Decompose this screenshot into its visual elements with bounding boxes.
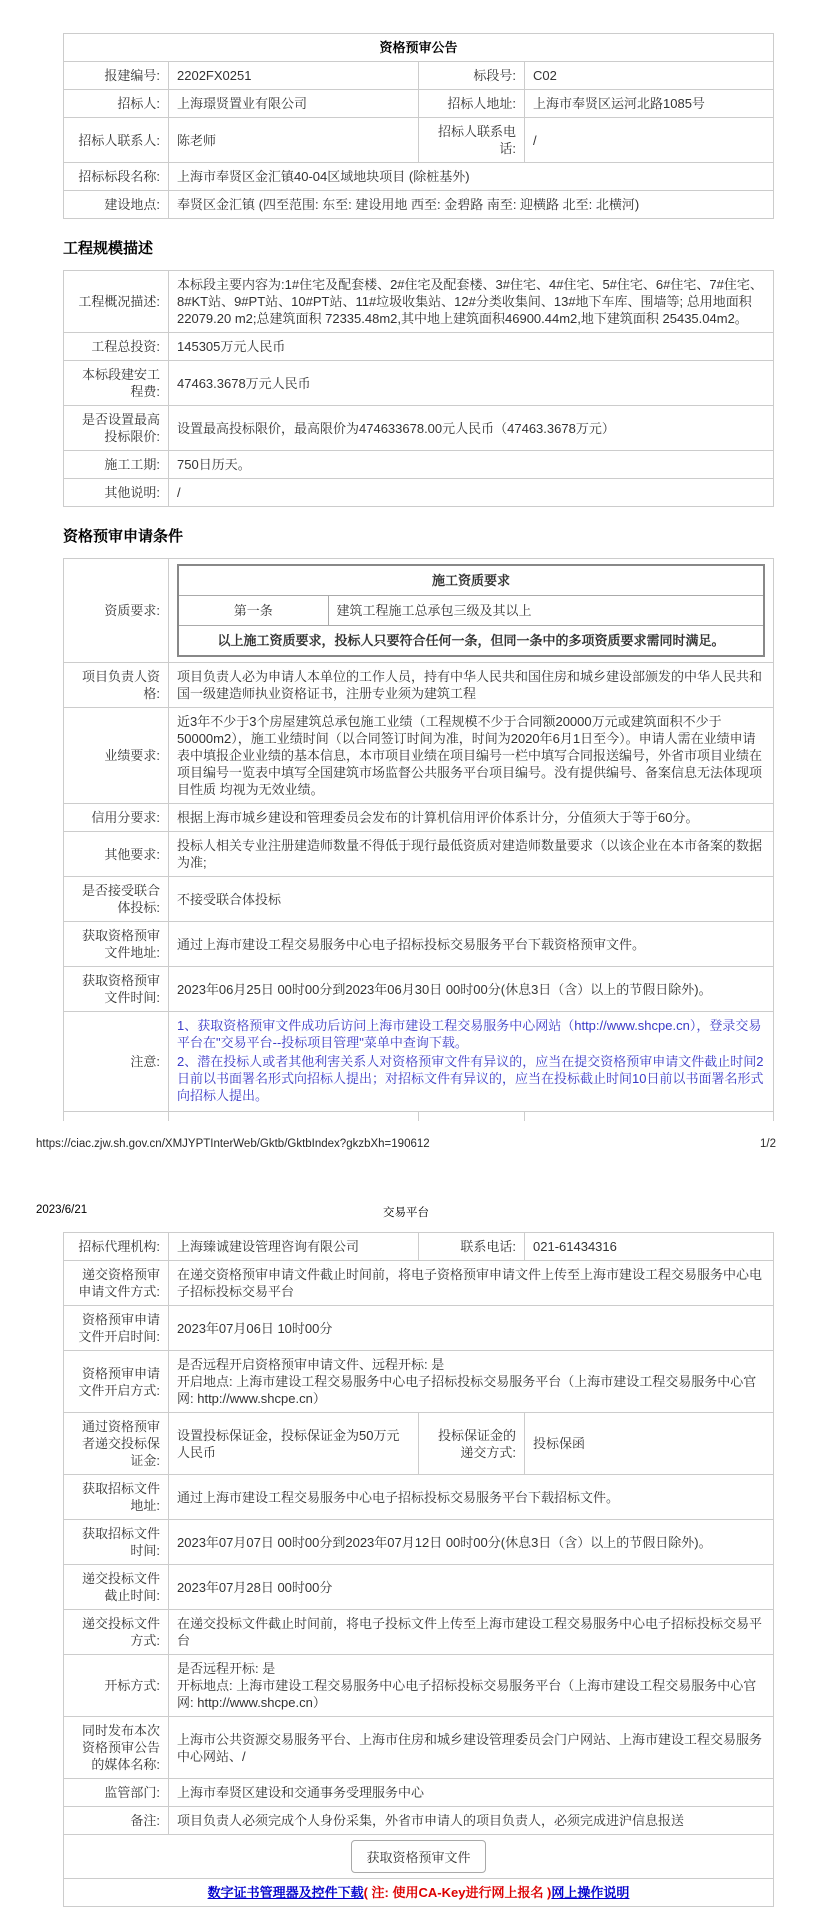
- field-label: 获取招标文件时间:: [64, 1520, 169, 1565]
- field-value: 投标人相关专业注册建造师数量不得低于现行最低资质对建造师数量要求（以该企业在本市…: [169, 832, 774, 877]
- get-prequalification-file-button[interactable]: 获取资格预审文件: [351, 1840, 485, 1873]
- field-label: 招标标段名称:: [64, 163, 169, 191]
- field-value: 近3年不少于3个房屋建筑总承包施工业绩（工程规模不少于合同额20000万元或建筑…: [169, 708, 774, 804]
- table-row: 同时发布本次资格预审公告的媒体名称: 上海市公共资源交易服务平台、上海市住房和城…: [64, 1717, 774, 1779]
- bidding-process-table: 招标代理机构: 上海臻诚建设管理咨询有限公司 联系电话: 021-6143431…: [63, 1232, 774, 1907]
- table-row: 资格预审申请文件开启时间: 2023年07月06日 10时00分: [64, 1306, 774, 1351]
- field-label: 递交资格预审申请文件方式:: [64, 1261, 169, 1306]
- prequalification-conditions-table: 资质要求: 施工资质要求 第一条 建筑工程施工总承包三级及其以上 以上施工资质要…: [63, 558, 774, 1122]
- section-title-prequalification-conditions: 资格预审申请条件: [63, 525, 776, 546]
- print-site-title: 交易平台: [383, 1207, 429, 1219]
- table-row: 递交投标文件方式: 在递交投标文件截止时间前，将电子投标文件上传至上海市建设工程…: [64, 1610, 774, 1655]
- field-label: 信用分要求:: [64, 804, 169, 832]
- field-label: 其他要求:: [64, 832, 169, 877]
- field-value: 通过上海市建设工程交易服务中心电子招标投标交易服务平台下载资格预审文件。: [169, 922, 774, 967]
- field-value: 上海市奉贤区建设和交通事务受理服务中心: [169, 1779, 774, 1807]
- field-label: 资格预审申请文件开启时间:: [64, 1306, 169, 1351]
- field-label: 递交投标文件方式:: [64, 1610, 169, 1655]
- field-label: 递交投标文件截止时间:: [64, 1565, 169, 1610]
- field-value: 不接受联合体投标: [169, 877, 774, 922]
- field-label: 招标人:: [64, 90, 169, 118]
- table-row: 招标代理机构: 上海臻诚建设管理咨询有限公司 联系电话: 021-6143431…: [64, 1233, 774, 1261]
- field-label: 资格预审申请文件开启方式:: [64, 1351, 169, 1413]
- table-row: 业绩要求: 近3年不少于3个房屋建筑总承包施工业绩（工程规模不少于合同额2000…: [64, 708, 774, 804]
- field-label: 开标方式:: [64, 1655, 169, 1717]
- field-value: /: [169, 479, 774, 507]
- field-value: 设置投标保证金，投标保证金为50万元人民币: [169, 1413, 419, 1475]
- qualification-table: 施工资质要求 第一条 建筑工程施工总承包三级及其以上 以上施工资质要求，投标人只…: [177, 564, 765, 657]
- field-value: 在递交投标文件截止时间前，将电子投标文件上传至上海市建设工程交易服务中心电子招标…: [169, 1610, 774, 1655]
- table-row: 通过资格预审者递交投标保证金: 设置投标保证金，投标保证金为50万元人民币 投标…: [64, 1413, 774, 1475]
- table-row: 获取招标文件时间: 2023年07月07日 00时00分到2023年07月12日…: [64, 1520, 774, 1565]
- print-page-footer: https://ciac.zjw.sh.gov.cn/XMJYPTInterWe…: [36, 1138, 776, 1150]
- button-cell: 获取资格预审文件: [64, 1835, 774, 1879]
- notice-line-1: 1、获取资格预审文件成功后访问上海市建设工程交易服务中心网站（http://ww…: [177, 1017, 765, 1051]
- ca-key-note: ( 注: 使用CA-Key进行网上报名 ): [364, 1885, 552, 1900]
- field-label: 业绩要求:: [64, 708, 169, 804]
- field-value: 是否远程开启资格预审申请文件、远程开标: 是 开启地点: 上海市建设工程交易服务…: [169, 1351, 774, 1413]
- field-value: 是否远程开标: 是 开标地点: 上海市建设工程交易服务中心电子招标投标交易服务平…: [169, 1655, 774, 1717]
- field-label: 工程概况描述:: [64, 271, 169, 333]
- field-value: 上海市奉贤区运河北路1085号: [525, 90, 774, 118]
- field-label: 监管部门:: [64, 1779, 169, 1807]
- cert-manager-download-link[interactable]: 数字证书管理器及控件下载: [208, 1885, 364, 1900]
- field-label: 本标段建安工程费:: [64, 361, 169, 406]
- field-value: 在递交资格预审申请文件截止时间前，将电子资格预审申请文件上传至上海市建设工程交易…: [169, 1261, 774, 1306]
- table-row: 其他说明: /: [64, 479, 774, 507]
- field-value: 2023年07月06日 10时00分: [169, 1306, 774, 1351]
- qualification-item-text: 建筑工程施工总承包三级及其以上: [328, 596, 764, 626]
- field-value: 021-61434316: [525, 1233, 774, 1261]
- field-value: 2023年07月28日 00时00分: [169, 1565, 774, 1610]
- qualification-header: 施工资质要求: [178, 565, 764, 596]
- print-date: 2023/6/21: [36, 1204, 87, 1216]
- field-label: 招标人联系电话:: [419, 118, 525, 163]
- links-cell: 数字证书管理器及控件下载( 注: 使用CA-Key进行网上报名 )网上操作说明: [64, 1879, 774, 1907]
- field-value: 上海臻诚建设管理咨询有限公司: [169, 1233, 419, 1261]
- field-value: C02: [525, 62, 774, 90]
- project-scale-table: 工程概况描述: 本标段主要内容为:1#住宅及配套楼、2#住宅及配套楼、3#住宅、…: [63, 270, 774, 507]
- table-row: 本标段建安工程费: 47463.3678万元人民币: [64, 361, 774, 406]
- table-row: 招标人联系人: 陈老师 招标人联系电话: /: [64, 118, 774, 163]
- field-label: 标段号:: [419, 62, 525, 90]
- field-label: 备注:: [64, 1807, 169, 1835]
- field-label: 注意:: [64, 1012, 169, 1112]
- table-row: 开标方式: 是否远程开标: 是 开标地点: 上海市建设工程交易服务中心电子招标投…: [64, 1655, 774, 1717]
- notice-row: 注意: 1、获取资格预审文件成功后访问上海市建设工程交易服务中心网站（http:…: [64, 1012, 774, 1112]
- field-value: 145305万元人民币: [169, 333, 774, 361]
- field-label: 获取资格预审文件时间:: [64, 967, 169, 1012]
- table-row: 是否设置最高投标限价: 设置最高投标限价，最高限价为474633678.00元人…: [64, 406, 774, 451]
- table-row: 递交资格预审申请文件方式: 在递交资格预审申请文件截止时间前，将电子资格预审申请…: [64, 1261, 774, 1306]
- field-label: 通过资格预审者递交投标保证金:: [64, 1413, 169, 1475]
- field-label: 报建编号:: [64, 62, 169, 90]
- table-row: 招标标段名称: 上海市奉贤区金汇镇40-04区域地块项目 (除桩基外): [64, 163, 774, 191]
- notice-line-2: 2、潜在投标人或者其他利害关系人对资格预审文件有异议的，应当在提交资格预审申请文…: [177, 1053, 765, 1104]
- table-row: 信用分要求: 根据上海市城乡建设和管理委员会发布的计算机信用评价体系计分，分值须…: [64, 804, 774, 832]
- field-label: 联系电话:: [419, 1233, 525, 1261]
- field-value: 本标段主要内容为:1#住宅及配套楼、2#住宅及配套楼、3#住宅、4#住宅、5#住…: [169, 271, 774, 333]
- field-value: 根据上海市城乡建设和管理委员会发布的计算机信用评价体系计分，分值须大于等于60分…: [169, 804, 774, 832]
- document-page: 资格预审公告 报建编号: 2202FX0251 标段号: C02 招标人: 上海…: [0, 0, 826, 1917]
- button-row: 获取资格预审文件: [64, 1835, 774, 1879]
- field-label: 投标保证金的递交方式:: [419, 1413, 525, 1475]
- empty-cell: [525, 1112, 774, 1122]
- field-value: 上海璟贤置业有限公司: [169, 90, 419, 118]
- table-row: 递交投标文件截止时间: 2023年07月28日 00时00分: [64, 1565, 774, 1610]
- table-row: 资格预审申请文件开启方式: 是否远程开启资格预审申请文件、远程开标: 是 开启地…: [64, 1351, 774, 1413]
- field-label: 施工工期:: [64, 451, 169, 479]
- table-row: 报建编号: 2202FX0251 标段号: C02: [64, 62, 774, 90]
- page-title: 资格预审公告: [64, 34, 774, 62]
- field-label: 建设地点:: [64, 191, 169, 219]
- field-value: 通过上海市建设工程交易服务中心电子招标投标交易服务平台下载招标文件。: [169, 1475, 774, 1520]
- notice-text: 1、获取资格预审文件成功后访问上海市建设工程交易服务中心网站（http://ww…: [169, 1012, 774, 1112]
- empty-cell: [419, 1112, 525, 1122]
- print-page-header: 2023/6/21 交易平台: [36, 1204, 776, 1220]
- field-label: 资质要求:: [64, 559, 169, 663]
- field-value: 2023年07月07日 00时00分到2023年07月12日 00时00分(休息…: [169, 1520, 774, 1565]
- qualification-item-number: 第一条: [178, 596, 328, 626]
- field-label: 是否接受联合体投标:: [64, 877, 169, 922]
- table-row: 获取资格预审文件时间: 2023年06月25日 00时00分到2023年06月3…: [64, 967, 774, 1012]
- qualification-cell: 施工资质要求 第一条 建筑工程施工总承包三级及其以上 以上施工资质要求，投标人只…: [169, 559, 774, 663]
- field-label: 招标代理机构:: [64, 1233, 169, 1261]
- table-row: 获取资格预审文件地址: 通过上海市建设工程交易服务中心电子招标投标交易服务平台下…: [64, 922, 774, 967]
- links-row: 数字证书管理器及控件下载( 注: 使用CA-Key进行网上报名 )网上操作说明: [64, 1879, 774, 1907]
- field-label: 其他说明:: [64, 479, 169, 507]
- field-label: 工程总投资:: [64, 333, 169, 361]
- table-row: 工程概况描述: 本标段主要内容为:1#住宅及配套楼、2#住宅及配套楼、3#住宅、…: [64, 271, 774, 333]
- field-value: 2023年06月25日 00时00分到2023年06月30日 00时00分(休息…: [169, 967, 774, 1012]
- field-label: 获取招标文件地址:: [64, 1475, 169, 1520]
- qualification-footer-note: 以上施工资质要求，投标人只要符合任何一条，但同一条中的多项资质要求需同时满足。: [178, 626, 764, 657]
- field-value: 陈老师: [169, 118, 419, 163]
- page-number: 1/2: [760, 1138, 776, 1150]
- table-row: 建设地点: 奉贤区金汇镇 (四至范围: 东至: 建设用地 西至: 金碧路 南至:…: [64, 191, 774, 219]
- field-value: /: [525, 118, 774, 163]
- field-value: 投标保函: [525, 1413, 774, 1475]
- table-row: 备注: 项目负责人必须完成个人身份采集，外省市申请人的项目负责人，必须完成进沪信…: [64, 1807, 774, 1835]
- table-row: 监管部门: 上海市奉贤区建设和交通事务受理服务中心: [64, 1779, 774, 1807]
- table-row: 项目负责人资格: 项目负责人必为申请人本单位的工作人员，持有中华人民共和国住房和…: [64, 663, 774, 708]
- field-value: 上海市奉贤区金汇镇40-04区域地块项目 (除桩基外): [169, 163, 774, 191]
- table-row: 获取招标文件地址: 通过上海市建设工程交易服务中心电子招标投标交易服务平台下载招…: [64, 1475, 774, 1520]
- table-row: 施工资质要求: [178, 565, 764, 596]
- field-label: 同时发布本次资格预审公告的媒体名称:: [64, 1717, 169, 1779]
- section-title-project-scale: 工程规模描述: [63, 237, 776, 258]
- field-value: 750日历天。: [169, 451, 774, 479]
- field-value: 2202FX0251: [169, 62, 419, 90]
- announcement-header-table: 资格预审公告 报建编号: 2202FX0251 标段号: C02 招标人: 上海…: [63, 33, 774, 219]
- page-break-cut-row: [64, 1112, 774, 1122]
- table-row: 资质要求: 施工资质要求 第一条 建筑工程施工总承包三级及其以上 以上施工资质要…: [64, 559, 774, 663]
- online-guide-link[interactable]: 网上操作说明: [551, 1885, 629, 1900]
- table-row: 以上施工资质要求，投标人只要符合任何一条，但同一条中的多项资质要求需同时满足。: [178, 626, 764, 657]
- footer-url: https://ciac.zjw.sh.gov.cn/XMJYPTInterWe…: [36, 1138, 430, 1150]
- field-label: 是否设置最高投标限价:: [64, 406, 169, 451]
- table-row: 招标人: 上海璟贤置业有限公司 招标人地址: 上海市奉贤区运河北路1085号: [64, 90, 774, 118]
- empty-cell: [64, 1112, 169, 1122]
- field-value: 项目负责人必为申请人本单位的工作人员，持有中华人民共和国住房和城乡建设部颁发的中…: [169, 663, 774, 708]
- field-value: 项目负责人必须完成个人身份采集，外省市申请人的项目负责人，必须完成进沪信息报送: [169, 1807, 774, 1835]
- table-row: 资格预审公告: [64, 34, 774, 62]
- field-value: 奉贤区金汇镇 (四至范围: 东至: 建设用地 西至: 金碧路 南至: 迎横路 北…: [169, 191, 774, 219]
- table-row: 其他要求: 投标人相关专业注册建造师数量不得低于现行最低资质对建造师数量要求（以…: [64, 832, 774, 877]
- field-label: 招标人地址:: [419, 90, 525, 118]
- field-value: 47463.3678万元人民币: [169, 361, 774, 406]
- table-row: 第一条 建筑工程施工总承包三级及其以上: [178, 596, 764, 626]
- field-label: 招标人联系人:: [64, 118, 169, 163]
- empty-cell: [169, 1112, 419, 1122]
- field-value: 上海市公共资源交易服务平台、上海市住房和城乡建设管理委员会门户网站、上海市建设工…: [169, 1717, 774, 1779]
- field-label: 获取资格预审文件地址:: [64, 922, 169, 967]
- field-label: 项目负责人资格:: [64, 663, 169, 708]
- table-row: 是否接受联合体投标: 不接受联合体投标: [64, 877, 774, 922]
- field-value: 设置最高投标限价，最高限价为474633678.00元人民币（47463.367…: [169, 406, 774, 451]
- table-row: 工程总投资: 145305万元人民币: [64, 333, 774, 361]
- table-row: 施工工期: 750日历天。: [64, 451, 774, 479]
